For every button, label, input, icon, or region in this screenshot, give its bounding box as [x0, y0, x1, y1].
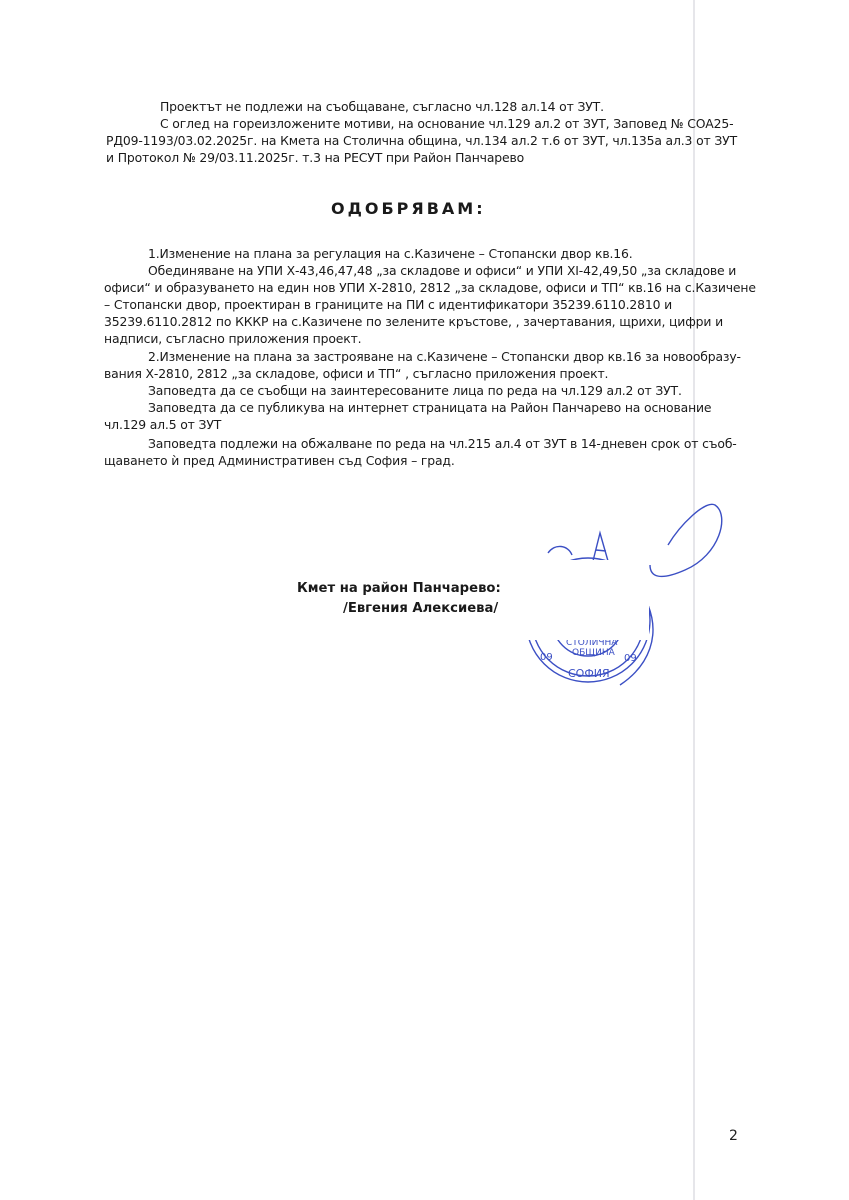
item-1-line-3: офиси“ и образуването на един нов УПИ Х-… — [104, 280, 756, 296]
item-1-line-2: Обединяване на УПИ Х-43,46,47,48 „за скл… — [148, 263, 736, 279]
svg-text:СОФИЯ: СОФИЯ — [568, 667, 610, 680]
page-number: 2 — [729, 1128, 738, 1144]
svg-text:ОБЩИНА: ОБЩИНА — [572, 648, 616, 658]
intro-line-1: Проектът не подлежи на съобщаване, съгла… — [160, 99, 604, 115]
signatory-title: Кмет на район Панчарево: — [297, 581, 501, 596]
intro-line-2: С оглед на гореизложените мотиви, на осн… — [160, 116, 733, 132]
signatory-name: /Евгения Алексиева/ — [343, 601, 498, 616]
svg-text:09: 09 — [540, 652, 553, 663]
item-1-line-6: надписи, съгласно приложения проект. — [104, 331, 361, 347]
item-1-line-5: 35239.6110.2812 по КККР на с.Казичене по… — [104, 314, 723, 330]
redaction-box — [519, 560, 649, 640]
appeal-line-2: щаването ѝ пред Административен съд Софи… — [104, 453, 455, 469]
publish-line-2: чл.129 ал.5 от ЗУТ — [104, 417, 221, 433]
intro-line-3: РД09-1193/03.02.2025г. на Кмета на Столи… — [106, 133, 737, 149]
notify-line: Заповедта да се съобщи на заинтересовани… — [148, 383, 682, 399]
svg-text:09: 09 — [624, 653, 637, 664]
appeal-line-1: Заповедта подлежи на обжалване по реда н… — [148, 436, 737, 452]
approval-heading: ОДОБРЯВАМ: — [331, 199, 486, 218]
publish-line-1: Заповедта да се публикува на интернет ст… — [148, 400, 711, 416]
intro-line-4: и Протокол № 29/03.11.2025г. т.3 на РЕСУ… — [106, 150, 524, 166]
item-1-line-4: – Стопански двор, проектиран в границите… — [104, 297, 672, 313]
item-1-title: 1.Изменение на плана за регулация на с.К… — [148, 246, 633, 262]
item-2-title: 2.Изменение на плана за застрояване на с… — [148, 349, 741, 365]
item-2-line-2: вания Х-2810, 2812 „за складове, офиси и… — [104, 366, 608, 382]
